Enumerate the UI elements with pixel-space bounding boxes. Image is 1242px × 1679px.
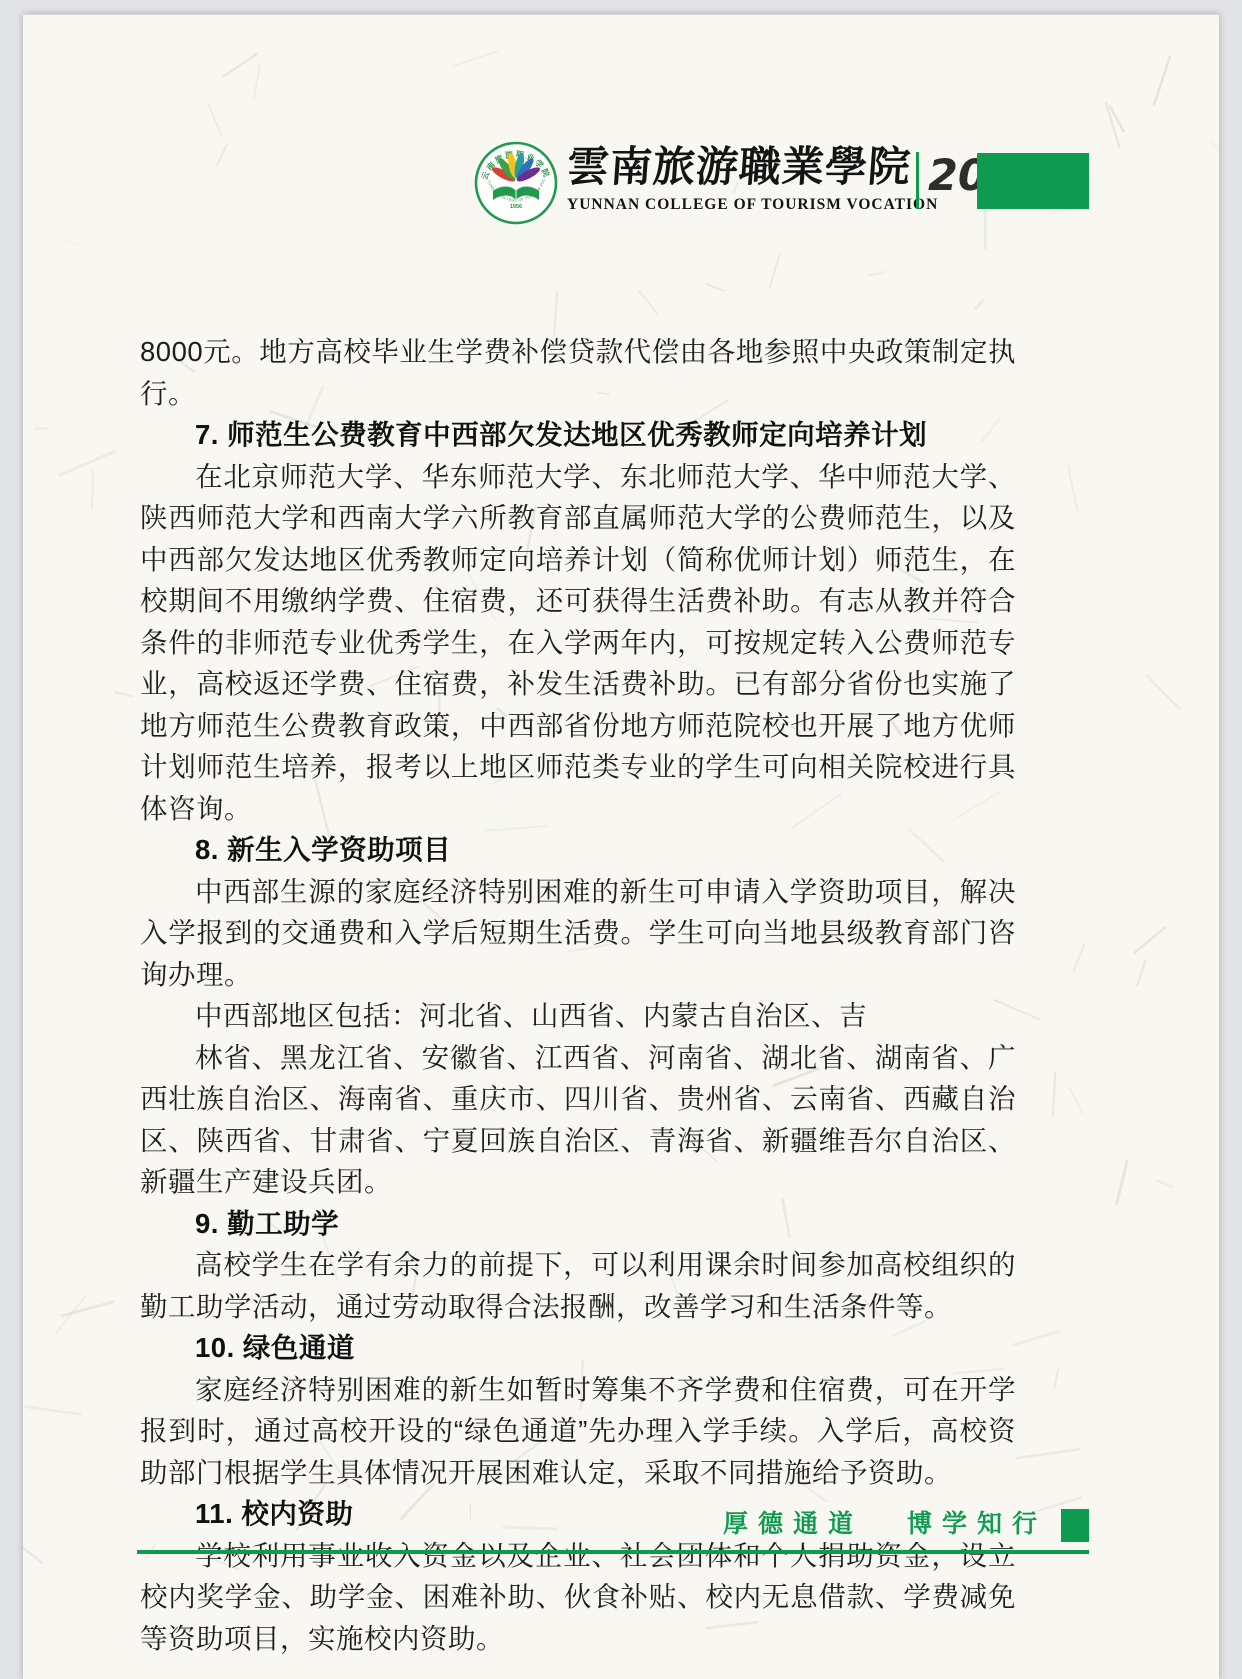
paragraph: 8000元。地方高校毕业生学费补偿贷款代偿由各地参照中央政策制定执行。 — [140, 331, 1016, 414]
paragraph: 中西部地区包括：河北省、山西省、内蒙古自治区、吉 — [140, 995, 1016, 1037]
paragraph: 家庭经济特别困难的新生如暂时筹集不齐学费和住宿费，可在开学报到时，通过高校开设的… — [140, 1369, 1016, 1494]
content-blocks: 8000元。地方高校毕业生学费补偿贷款代偿由各地参照中央政策制定执行。7. 师范… — [140, 331, 1016, 1659]
footer-motto-left: 厚德通道 — [723, 1504, 863, 1540]
header-green-block — [977, 153, 1089, 209]
header-divider — [916, 152, 919, 209]
section-heading: 7. 师范生公费教育中西部欠发达地区优秀教师定向培养计划 — [140, 414, 1016, 456]
footer-green-square — [1061, 1509, 1089, 1542]
section-heading: 9. 勤工助学 — [140, 1203, 1016, 1245]
school-name-zh: 雲南旅游職業學院 — [565, 143, 928, 191]
paragraph: 林省、黑龙江省、安徽省、江西省、河南省、湖北省、湖南省、广西壮族自治区、海南省、… — [140, 1037, 1016, 1203]
section-heading: 8. 新生入学资助项目 — [140, 829, 1016, 871]
section-heading: 10. 绿色通道 — [140, 1327, 1016, 1369]
page-number: 20 — [928, 151, 976, 201]
logo-year: 1956 — [510, 204, 522, 210]
document-page: 云南旅游职业学院 YUNNAN COLLEGE OF TOURISM VOCAT… — [23, 14, 1219, 1679]
footer-motto-right: 博学知行 — [907, 1504, 1047, 1540]
footer-rule — [137, 1550, 1089, 1554]
school-name-en: YUNNAN COLLEGE OF TOURISM VOCATION — [567, 196, 927, 214]
paragraph: 中西部生源的家庭经济特别困难的新生可申请入学资助项目，解决入学报到的交通费和入学… — [140, 871, 1016, 996]
footer-motto: 厚德通道 博学知行 — [723, 1504, 1047, 1540]
college-logo-icon: 云南旅游职业学院 YUNNAN COLLEGE OF TOURISM VOCAT… — [474, 141, 558, 225]
paragraph: 高校学生在学有余力的前提下，可以利用课余时间参加高校组织的勤工助学活动，通过劳动… — [140, 1244, 1016, 1327]
paragraph: 在北京师范大学、华东师范大学、东北师范大学、华中师范大学、陕西师范大学和西南大学… — [140, 456, 1016, 830]
header-titles: 雲南旅游職業學院 YUNNAN COLLEGE OF TOURISM VOCAT… — [567, 143, 927, 214]
